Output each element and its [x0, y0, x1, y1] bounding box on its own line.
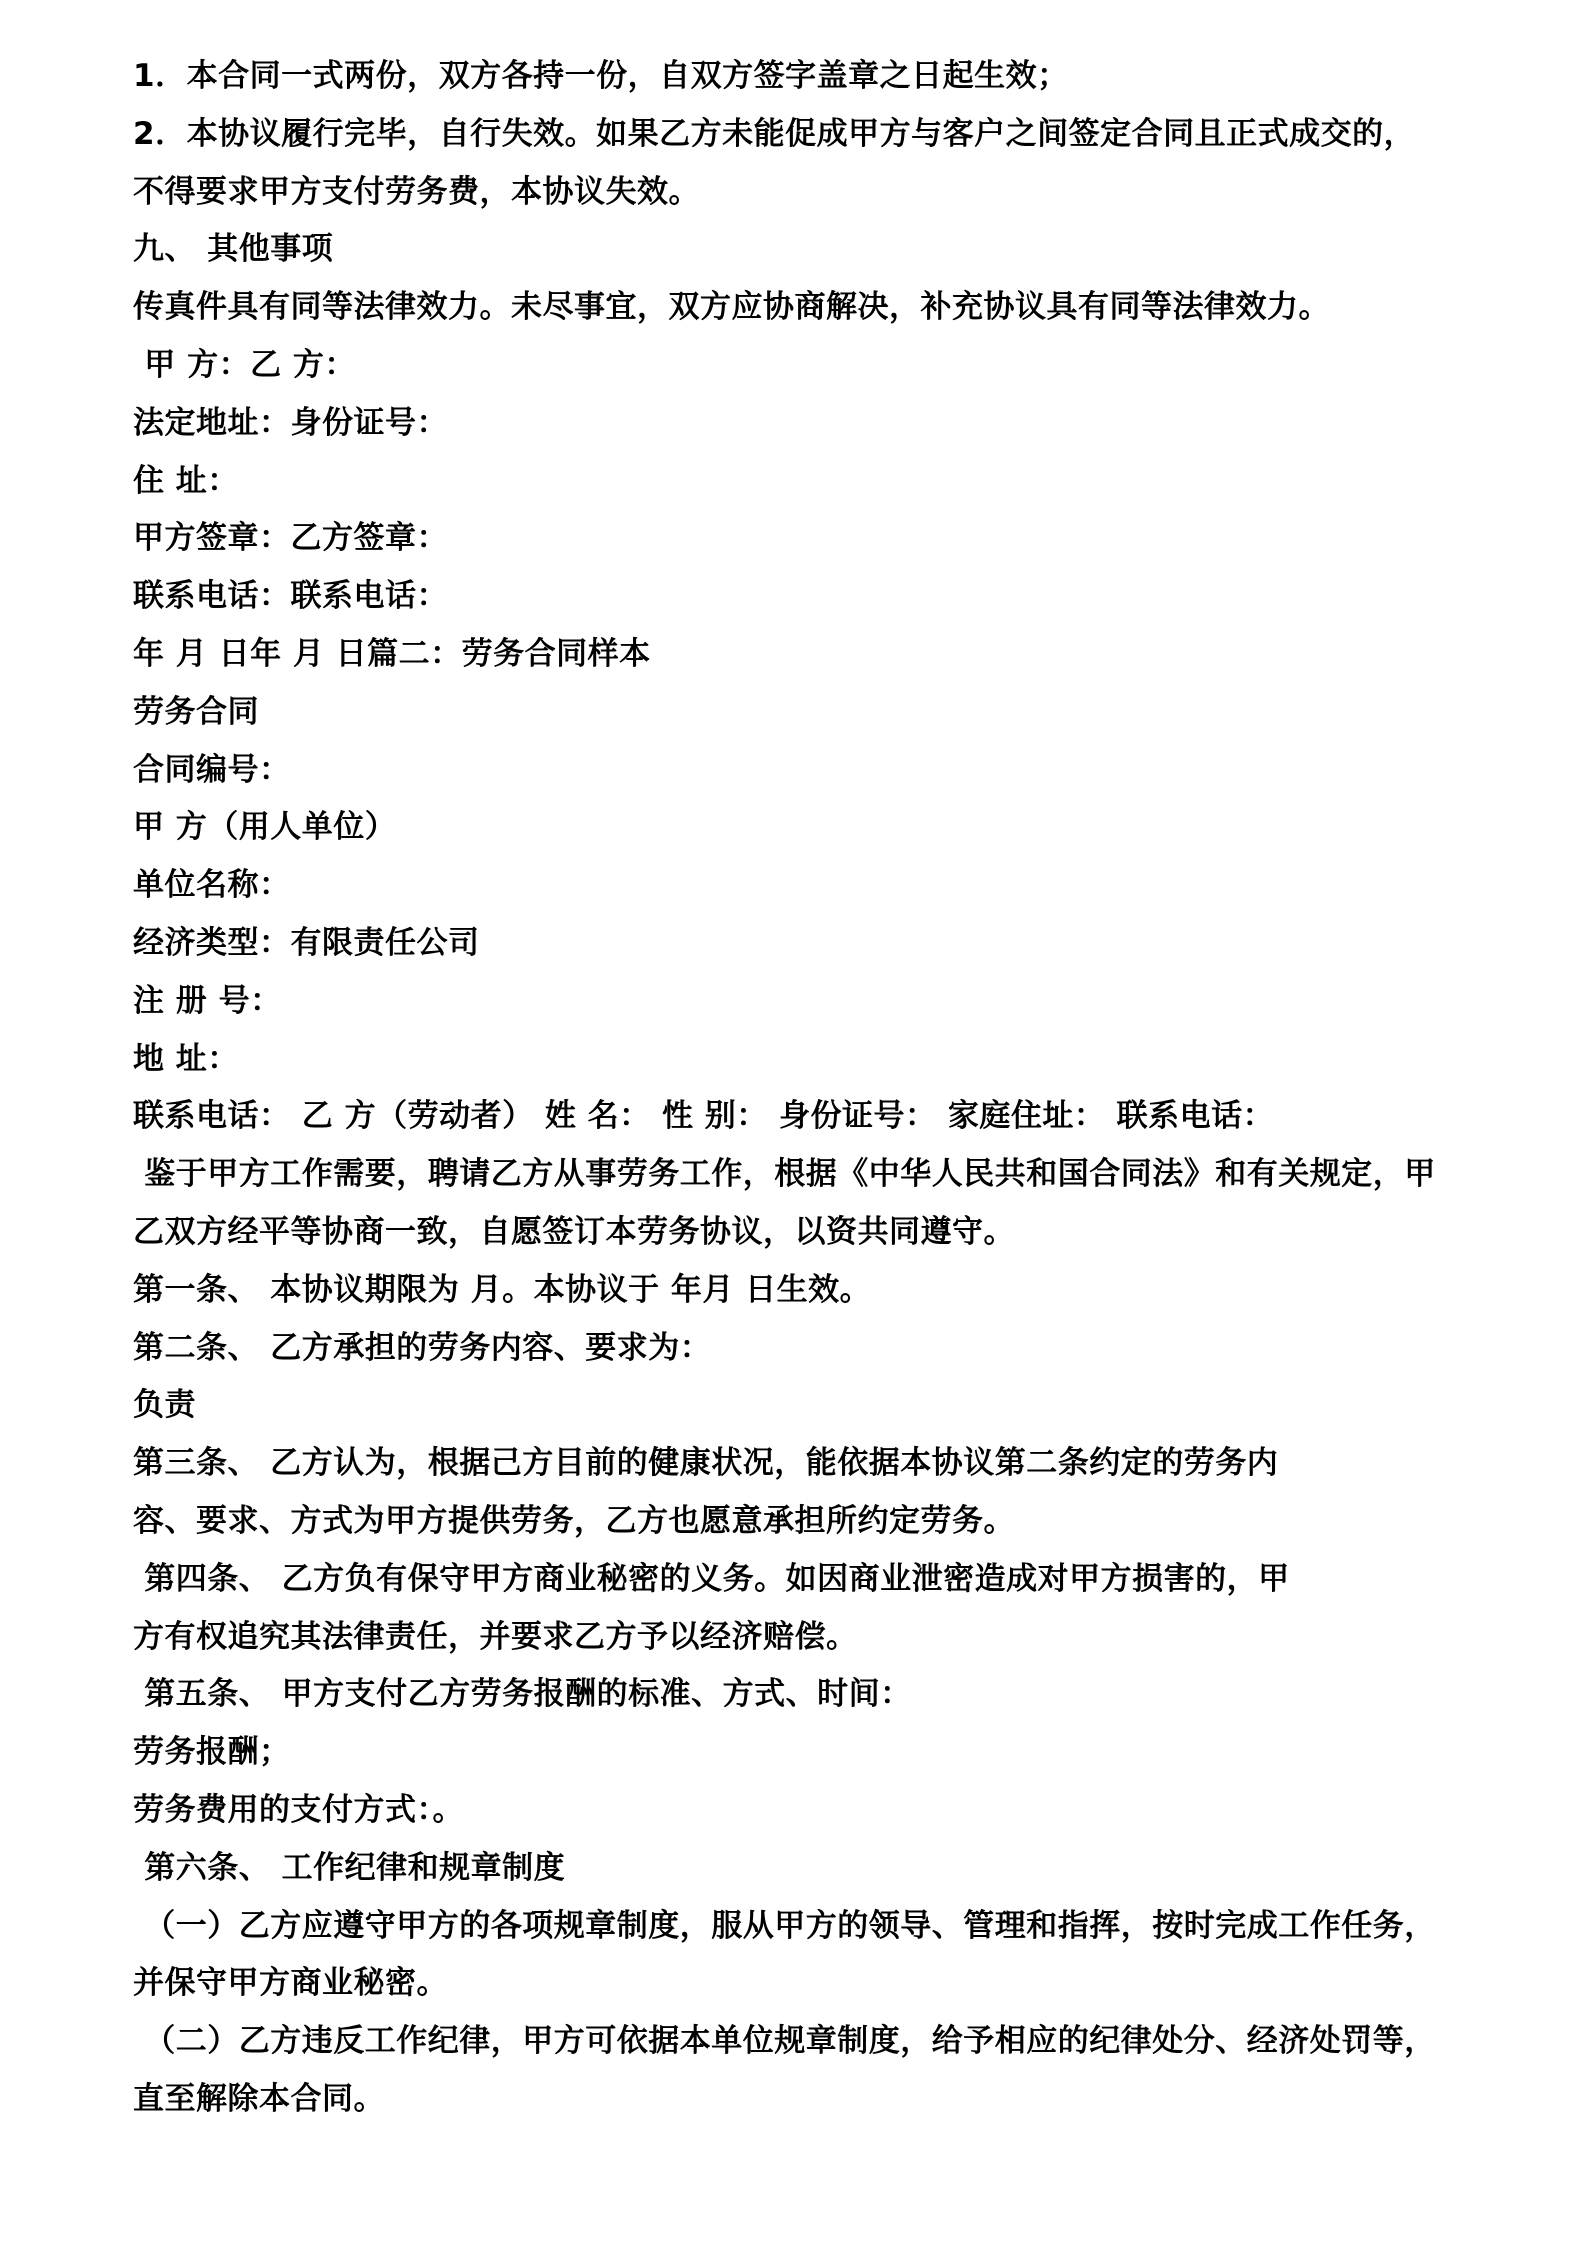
text-line: 合同编号：: [133, 742, 1468, 800]
text-line: 经济类型：有限责任公司: [133, 915, 1468, 973]
text-line: （一）乙方应遵守甲方的各项规章制度，服从甲方的领导、管理和指挥，按时完成工作任务…: [133, 1898, 1468, 1956]
text-line: 负责: [133, 1377, 1468, 1435]
clause-line: 第一条、 本协议期限为 月。本协议于 年月 日生效。: [133, 1262, 1468, 1320]
document-title: 劳务合同: [133, 684, 1468, 742]
clause-line: 第四条、 乙方负有保守甲方商业秘密的义务。如因商业泄密造成对甲方损害的，甲: [133, 1551, 1468, 1609]
text-line: 并保守甲方商业秘密。: [133, 1955, 1468, 2013]
text-line: 甲方签章：乙方签章：: [133, 510, 1468, 568]
text-line: 劳务费用的支付方式：。: [133, 1782, 1468, 1840]
text-line: 法定地址：身份证号：: [133, 395, 1468, 453]
contract-document-page: 1．本合同一式两份，双方各持一份，自双方签字盖章之日起生效； 2．本协议履行完毕…: [0, 0, 1586, 2244]
text-line: 1．本合同一式两份，双方各持一份，自双方签字盖章之日起生效；: [133, 48, 1468, 106]
text-line: 联系电话：联系电话：: [133, 568, 1468, 626]
text-line: 传真件具有同等法律效力。未尽事宜，双方应协商解决，补充协议具有同等法律效力。: [133, 279, 1468, 337]
text-line: 甲 方（用人单位）: [133, 799, 1468, 857]
text-line: 注 册 号：: [133, 973, 1468, 1031]
text-line: 劳务报酬；: [133, 1724, 1468, 1782]
text-line: 联系电话： 乙 方（劳动者） 姓 名： 性 别： 身份证号： 家庭住址： 联系电…: [133, 1088, 1468, 1146]
text-line: （二）乙方违反工作纪律，甲方可依据本单位规章制度，给予相应的纪律处分、经济处罚等…: [133, 2013, 1468, 2071]
text-line: 不得要求甲方支付劳务费，本协议失效。: [133, 164, 1468, 222]
text-line: 单位名称：: [133, 857, 1468, 915]
section-heading: 九、 其他事项: [133, 221, 1468, 279]
clause-line: 第五条、 甲方支付乙方劳务报酬的标准、方式、时间：: [133, 1666, 1468, 1724]
text-line: 方有权追究其法律责任，并要求乙方予以经济赔偿。: [133, 1609, 1468, 1667]
text-line: 住 址：: [133, 453, 1468, 511]
clause-line: 第六条、 工作纪律和规章制度: [133, 1840, 1468, 1898]
text-line: 鉴于甲方工作需要，聘请乙方从事劳务工作，根据《中华人民共和国合同法》和有关规定，…: [133, 1146, 1468, 1204]
text-line: 年 月 日年 月 日篇二：劳务合同样本: [133, 626, 1468, 684]
text-line: 直至解除本合同。: [133, 2071, 1468, 2129]
text-line: 2．本协议履行完毕，自行失效。如果乙方未能促成甲方与客户之间签定合同且正式成交的…: [133, 106, 1468, 164]
text-line: 容、要求、方式为甲方提供劳务，乙方也愿意承担所约定劳务。: [133, 1493, 1468, 1551]
text-line: 地 址：: [133, 1031, 1468, 1089]
text-line: 甲 方：乙 方：: [133, 337, 1468, 395]
clause-line: 第二条、 乙方承担的劳务内容、要求为：: [133, 1320, 1468, 1378]
clause-line: 第三条、 乙方认为，根据己方目前的健康状况，能依据本协议第二条约定的劳务内: [133, 1435, 1468, 1493]
text-line: 乙双方经平等协商一致，自愿签订本劳务协议，以资共同遵守。: [133, 1204, 1468, 1262]
